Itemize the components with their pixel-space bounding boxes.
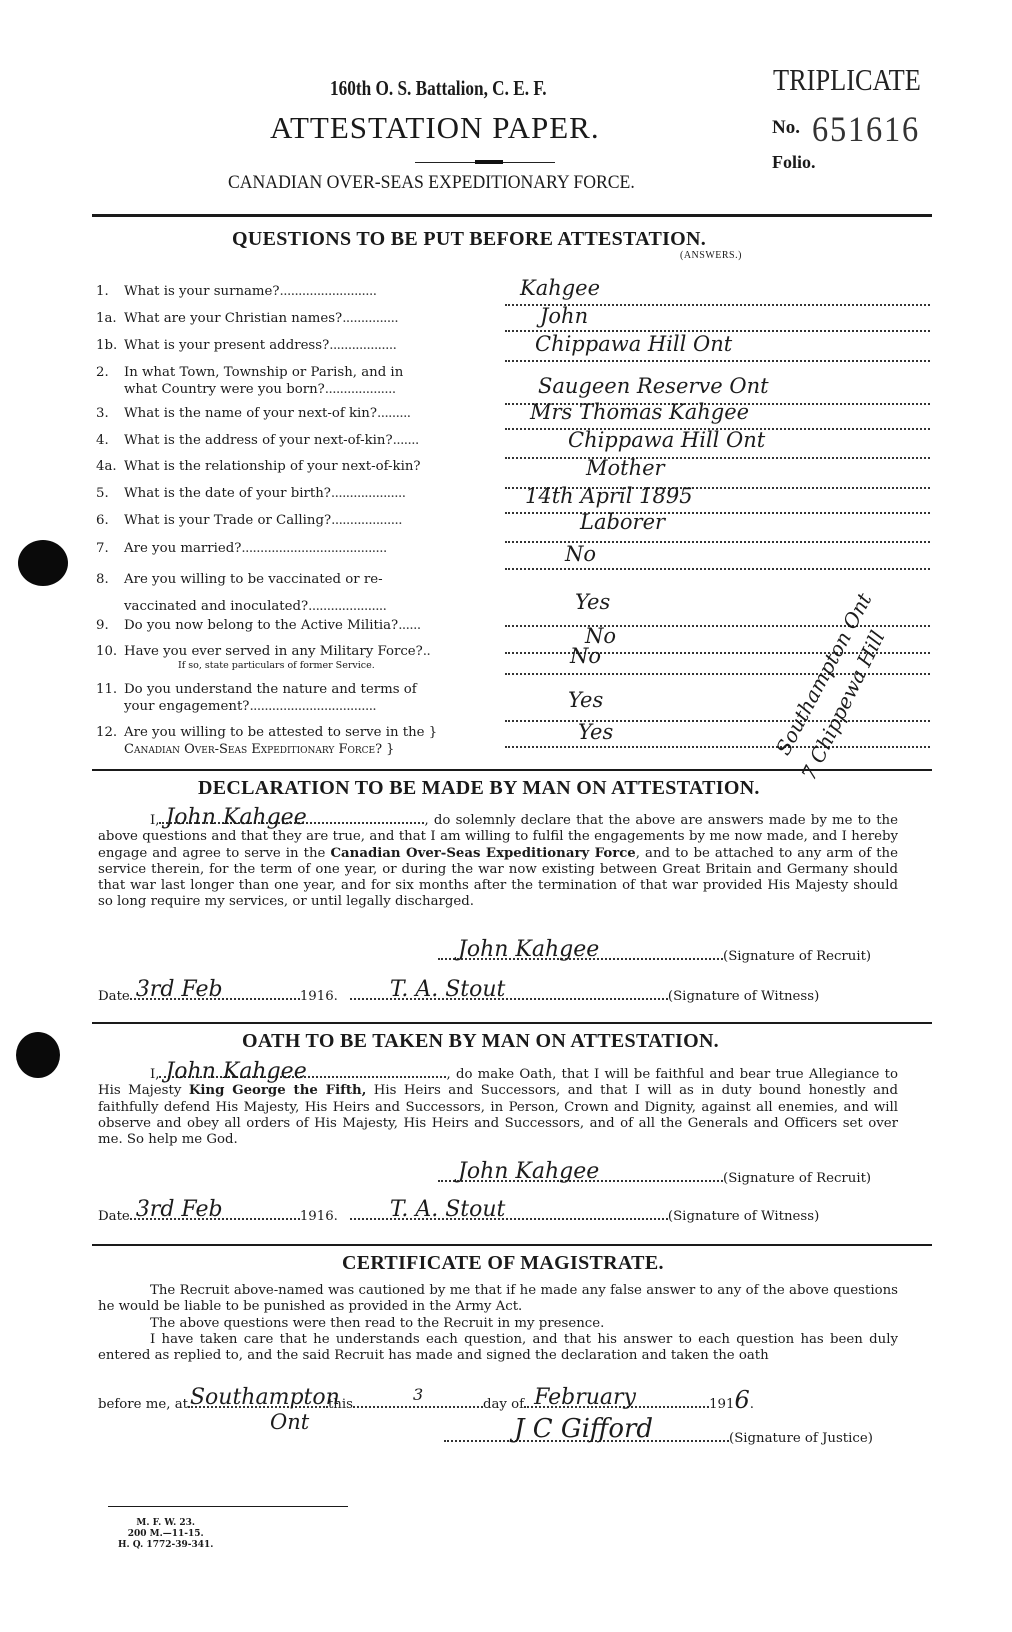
form-reference: M. F. W. 23. 200 M.—11-15. H. Q. 1772-39…: [118, 1518, 213, 1551]
certificate-bottom-rule: [108, 1506, 348, 1507]
certificate-day: 3: [413, 1385, 423, 1404]
questions-bottom-rule: [92, 769, 932, 771]
answer-line-11: [505, 720, 930, 722]
document-title: ATTESTATION PAPER.: [270, 110, 600, 146]
answer-understand-terms: Yes: [568, 688, 603, 712]
answer-line-4: [505, 457, 930, 459]
folio-label: Folio.: [772, 152, 816, 173]
declaration-recruit-signature-row: John Kahgee(Signature of Recruit): [438, 948, 871, 964]
answer-next-of-kin-name: Mrs Thomas Kahgee: [530, 400, 749, 424]
answer-trade: Laborer: [580, 510, 665, 534]
answer-next-of-kin-relationship: Mother: [586, 456, 665, 480]
certificate-place: Southampton: [190, 1385, 340, 1410]
answer-line-12: [505, 746, 930, 748]
declaration-witness-signature: T. A. Stout: [390, 977, 505, 1002]
question-10: 10.Have you ever served in any Military …: [96, 643, 476, 671]
answer-christian-names: John: [540, 304, 588, 328]
question-6: 6.What is your Trade or Calling?........…: [96, 512, 476, 529]
answers-column-label: (ANSWERS.): [680, 250, 742, 261]
answer-next-of-kin-address: Chippawa Hill Ont: [568, 428, 765, 452]
title-divider-ornament: [475, 160, 503, 164]
oath-bottom-rule: [92, 1244, 932, 1246]
copy-label: TRIPLICATE: [773, 62, 921, 98]
oath-name-field: John Kahgee: [159, 1066, 446, 1078]
question-11: 11.Do you understand the nature and term…: [96, 681, 476, 715]
question-1b: 1b.What is your present address?........…: [96, 337, 476, 354]
question-1a: 1a.What are your Christian names?.......…: [96, 310, 476, 327]
questions-section-title: QUESTIONS TO BE PUT BEFORE ATTESTATION.: [232, 228, 706, 251]
justice-signature: J C Gifford: [514, 1414, 653, 1444]
question-7: 7.Are you married?......................…: [96, 540, 476, 557]
certificate-province: Ont: [270, 1410, 309, 1434]
header-rule: [92, 214, 932, 217]
declaration-date: 3rd Feb: [136, 977, 223, 1002]
battalion-heading: 160th O. S. Battalion, C. E. F.: [330, 76, 547, 101]
answer-married: No: [565, 542, 596, 566]
question-9: 9.Do you now belong to the Active Militi…: [96, 617, 476, 634]
answer-line-7: [505, 568, 930, 570]
declaration-bottom-rule: [92, 1022, 932, 1024]
answer-line-1b: [505, 360, 930, 362]
certificate-place-date-row: before me, atSouthamptonthis3day ofFebru…: [98, 1386, 754, 1414]
answer-birthplace: Saugeen Reserve Ont: [538, 374, 769, 398]
question-12: 12.Are you willing to be attested to ser…: [96, 724, 476, 758]
declaration-text: I,John Kahgee, do solemnly declare that …: [98, 812, 898, 911]
answer-vaccinated: Yes: [575, 590, 610, 614]
oath-witness-signature: T. A. Stout: [390, 1197, 505, 1222]
answer-line-5: [505, 512, 930, 514]
certificate-year-digit: 6: [734, 1386, 749, 1414]
question-1: 1.What is your surname?.................…: [96, 283, 476, 300]
question-4: 4.What is the address of your next-of-ki…: [96, 432, 476, 449]
declaration-name-field: John Kahgee: [159, 812, 424, 824]
certificate-month: February: [534, 1385, 636, 1410]
answer-line-8: [505, 625, 930, 627]
declaration-recruit-signature: John Kahgee: [458, 937, 599, 962]
answer-surname: Kahgee: [520, 276, 600, 300]
declaration-date-row: Date3rd Feb1916.T. A. Stout(Signature of…: [98, 988, 819, 1004]
question-3: 3.What is the name of your next-of kin?.…: [96, 405, 476, 422]
oath-date-row: Date3rd Feb1916.T. A. Stout(Signature of…: [98, 1208, 819, 1224]
oath-recruit-signature: John Kahgee: [458, 1159, 599, 1184]
answer-present-address: Chippawa Hill Ont: [535, 332, 732, 356]
certificate-text: The Recruit above-named was cautioned by…: [98, 1283, 898, 1364]
document-subtitle: CANADIAN OVER-SEAS EXPEDITIONARY FORCE.: [228, 172, 635, 194]
declaration-section-title: DECLARATION TO BE MADE BY MAN ON ATTESTA…: [198, 777, 760, 800]
regimental-number-label: No.: [772, 117, 800, 139]
oath-text: I,John Kahgee, do make Oath, that I will…: [98, 1066, 898, 1148]
question-2: 2.In what Town, Township or Parish, and …: [96, 364, 476, 398]
oath-section-title: OATH TO BE TAKEN BY MAN ON ATTESTATION.: [242, 1030, 719, 1053]
answer-willing-attested: Yes: [578, 720, 613, 744]
question-4a: 4a.What is the relationship of your next…: [96, 458, 476, 475]
certificate-section-title: CERTIFICATE OF MAGISTRATE.: [342, 1252, 664, 1275]
question-8: 8.Are you willing to be vaccinated or re…: [96, 566, 476, 620]
oath-recruit-signature-row: John Kahgee(Signature of Recruit): [438, 1170, 871, 1186]
regimental-number: 651616: [812, 108, 920, 150]
punch-hole-top: [18, 540, 68, 586]
oath-date: 3rd Feb: [136, 1197, 223, 1222]
answer-date-of-birth: 14th April 1895: [525, 484, 693, 508]
answer-military-service: No: [570, 644, 601, 668]
question-5: 5.What is the date of your birth?.......…: [96, 485, 476, 502]
punch-hole-bottom: [16, 1032, 60, 1078]
certificate-justice-signature-row: J C Gifford(Signature of Justice): [444, 1430, 873, 1446]
